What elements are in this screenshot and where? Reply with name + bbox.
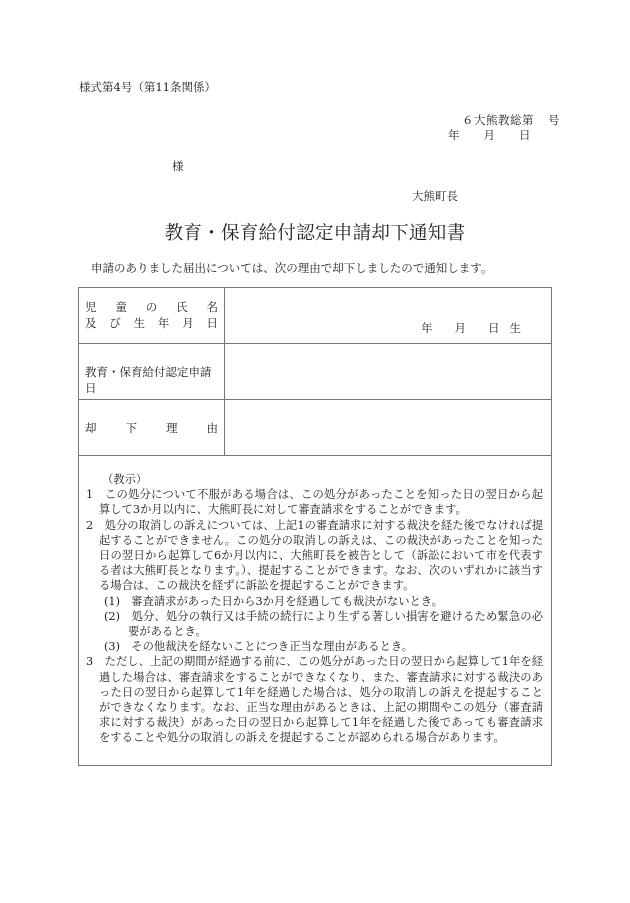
date-year: 年 [448, 127, 460, 143]
instruction-item-1: 1 この処分について不服がある場合は、この処分があったことを知った日の翌日から起… [86, 487, 543, 517]
label-char: 由 [207, 420, 219, 436]
instruction-subitem-3: (3) その他裁決を経ないことにつき正当な理由があるとき。 [86, 639, 543, 654]
rejection-reason-row: 却 下 理 由 [79, 400, 551, 456]
label-char: 却 [85, 420, 97, 436]
birth-suffix: 生 [510, 321, 522, 335]
label-char: 月 [182, 315, 194, 331]
form-number: 様式第4号（第11条関係） [79, 79, 216, 95]
birth-year: 年 [421, 321, 433, 335]
label-char: 名 [207, 299, 219, 315]
label-char: の [146, 299, 158, 315]
instruction-subitem-1: (1) 審査請求があった日から3か月を経過しても裁決がないとき。 [86, 594, 543, 609]
instructions-heading: （教示） [86, 472, 543, 487]
birth-month: 月 [455, 321, 467, 335]
label-line-2: 及 び 生 年 月 日 [79, 315, 224, 331]
label-char: 児 [85, 299, 97, 315]
instruction-item-3: 3 ただし、上記の期間が経過する前に、この処分があった日の翌日から起算して1年を… [86, 654, 543, 745]
rejection-reason-field[interactable] [225, 400, 551, 455]
date-month: 月 [484, 127, 496, 143]
birthdate-placeholder: 年月日生 [421, 320, 521, 336]
child-name-birthdate-row: 児 童 の 氏 名 及 び 生 年 月 日 年月日生 [79, 288, 551, 344]
instruction-subitem-2: (2) 処分、処分の執行又は手続の続行により生ずる著しい損害を避けるため緊急の必… [86, 609, 543, 639]
application-date-row: 教育・保育給付認定申請日 [79, 344, 551, 400]
page-title: 教育・保育給付認定申請却下通知書 [0, 219, 630, 245]
instruction-item-2: 2 処分の取消しの訴えについては、上記1の審査請求に対する裁決を経た後でなければ… [86, 518, 543, 594]
document-number: ６大熊教総第号 [462, 112, 560, 128]
child-name-birthdate-label: 児 童 の 氏 名 及 び 生 年 月 日 [79, 288, 225, 343]
label-char: 及 [85, 315, 97, 331]
label-char: 年 [158, 315, 170, 331]
label-char: 生 [134, 315, 146, 331]
issuer-name: 大熊町長 [412, 188, 458, 204]
label-char: 理 [166, 420, 178, 436]
appeal-instructions: （教示） 1 この処分について不服がある場合は、この処分があったことを知った日の… [79, 456, 551, 765]
label-line-1: 児 童 の 氏 名 [79, 299, 224, 315]
recipient-honorific: 様 [172, 158, 184, 174]
label-char: 氏 [176, 299, 188, 315]
label-char: 童 [115, 299, 127, 315]
rejection-reason-label-text: 却 下 理 由 [79, 420, 224, 436]
intro-text: 申請のありました届出については、次の理由で却下しましたので通知します。 [91, 260, 492, 276]
document-number-prefix: ６大熊教総第 [462, 113, 534, 127]
label-char: 日 [206, 315, 218, 331]
label-char: び [109, 315, 121, 331]
birth-day: 日 [488, 321, 500, 335]
label-char: 下 [126, 420, 138, 436]
date-day: 日 [519, 127, 531, 143]
rejection-form-table: 児 童 の 氏 名 及 び 生 年 月 日 年月日生 教育・保育給付認定申請日 [78, 287, 552, 766]
rejection-reason-label: 却 下 理 由 [79, 400, 225, 455]
document-number-suffix: 号 [548, 113, 560, 127]
child-name-birthdate-field[interactable]: 年月日生 [225, 288, 551, 343]
issue-date: 年月日 [448, 127, 531, 143]
application-date-field[interactable] [225, 344, 551, 399]
application-date-label-text: 教育・保育給付認定申請日 [85, 364, 220, 396]
application-date-label: 教育・保育給付認定申請日 [79, 344, 225, 399]
